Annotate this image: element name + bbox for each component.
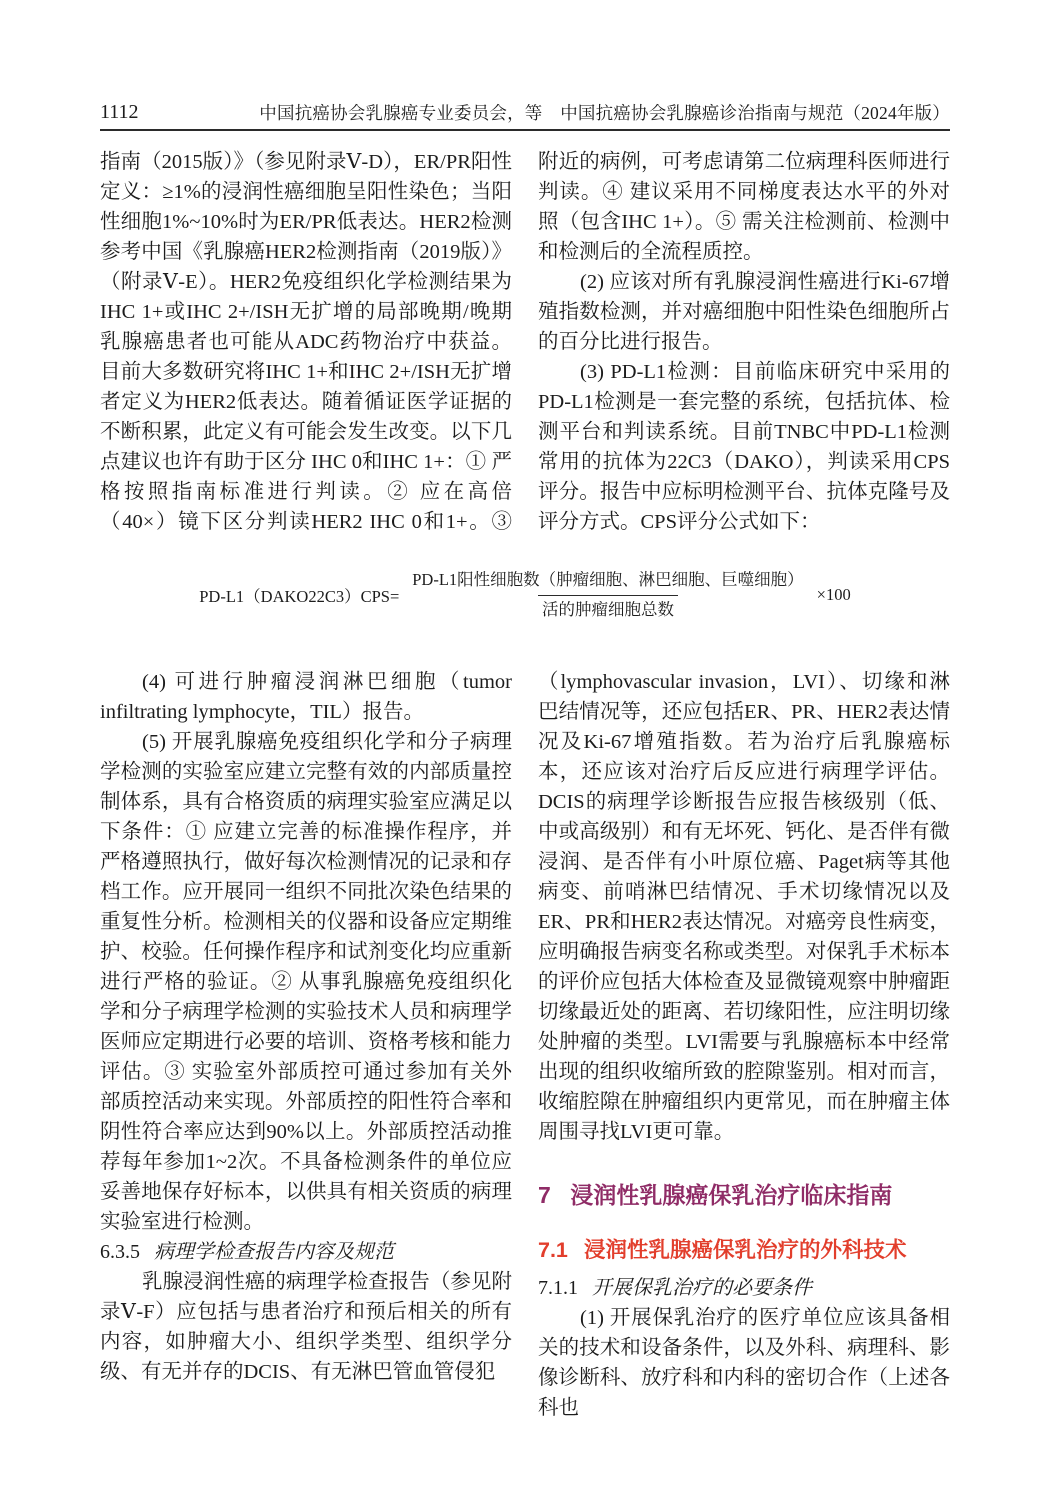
section-heading-7-1: 7.1浸润性乳腺癌保乳治疗的外科技术 (538, 1237, 950, 1264)
body-top-section: 指南（2015版）》（参见附录Ⅴ-D），ER/PR阳性定义：≥1%的浸润性癌细胞… (100, 147, 950, 539)
paragraph: （lymphovascular invasion，LVI）、切缘和淋巴结情况等，… (538, 667, 950, 1147)
paragraph: 附近的病例，可考虑请第二位病理科医师进行判读。④ 建议采用不同梯度表达水平的外对… (538, 147, 950, 267)
formula-factor: ×100 (817, 585, 851, 605)
section-heading-6-3-5: 6.3.5病理学检查报告内容及规范 (100, 1237, 512, 1267)
paragraph: (4) 可进行肿瘤浸润淋巴细胞（tumor infiltrating lymph… (100, 667, 512, 727)
page-number: 1112 (100, 102, 139, 122)
section-title: 开展保乳治疗的必要条件 (592, 1277, 812, 1299)
formula-lhs: PD-L1（DAKO22C3）CPS= (199, 583, 399, 607)
paragraph: (5) 开展乳腺癌免疫组织化学和分子病理学检测的实验室应建立完整有效的内部质量控… (100, 727, 512, 1237)
body-bottom-section: (4) 可进行肿瘤浸润淋巴细胞（tumor infiltrating lymph… (100, 667, 950, 1423)
document-page: 1112 中国抗癌协会乳腺癌专业委员会，等 中国抗癌协会乳腺癌诊治指南与规范（2… (0, 0, 1050, 1485)
paragraph: (3) PD-L1检测：目前临床研究中采用的PD-L1检测是一套完整的系统，包括… (538, 357, 950, 537)
page-header: 1112 中国抗癌协会乳腺癌专业委员会，等 中国抗癌协会乳腺癌诊治指南与规范（2… (100, 102, 950, 131)
section-number: 7.1 (538, 1238, 568, 1262)
paragraph: 指南（2015版）》（参见附录Ⅴ-D），ER/PR阳性定义：≥1%的浸润性癌细胞… (100, 147, 512, 539)
paragraph: (2) 应该对所有乳腺浸润性癌进行Ki-67增殖指数检测，并对癌细胞中阳性染色细… (538, 267, 950, 357)
formula-numerator: PD-L1阳性细胞数（肿瘤细胞、淋巴细胞、巨噬细胞） (408, 569, 807, 594)
running-head: 中国抗癌协会乳腺癌专业委员会，等 中国抗癌协会乳腺癌诊治指南与规范（2024年版… (259, 105, 950, 123)
right-column-bottom: （lymphovascular invasion，LVI）、切缘和淋巴结情况等，… (538, 667, 950, 1423)
section-title: 浸润性乳腺癌保乳治疗的外科技术 (584, 1238, 907, 1262)
section-number: 7.1.1 (538, 1277, 578, 1299)
left-column-top: 指南（2015版）》（参见附录Ⅴ-D），ER/PR阳性定义：≥1%的浸润性癌细胞… (100, 147, 512, 539)
section-number: 6.3.5 (100, 1241, 140, 1263)
right-column-top: 附近的病例，可考虑请第二位病理科医师进行判读。④ 建议采用不同梯度表达水平的外对… (538, 147, 950, 539)
paragraph: 乳腺浸润性癌的病理学检查报告（参见附录Ⅴ-F）应包括与患者治疗和预后相关的所有内… (100, 1267, 512, 1387)
left-column-bottom: (4) 可进行肿瘤浸润淋巴细胞（tumor infiltrating lymph… (100, 667, 512, 1423)
section-heading-7-1-1: 7.1.1开展保乳治疗的必要条件 (538, 1273, 950, 1303)
cps-formula: PD-L1（DAKO22C3）CPS= PD-L1阳性细胞数（肿瘤细胞、淋巴细胞… (100, 539, 950, 651)
chapter-number: 7 (538, 1182, 551, 1208)
formula-fraction: PD-L1阳性细胞数（肿瘤细胞、淋巴细胞、巨噬细胞） 活的肿瘤细胞总数 (408, 569, 807, 621)
formula-denominator: 活的肿瘤细胞总数 (538, 595, 678, 621)
paragraph: (1) 开展保乳治疗的医疗单位应该具备相关的技术和设备条件，以及外科、病理科、影… (538, 1303, 950, 1423)
chapter-heading-7: 7浸润性乳腺癌保乳治疗临床指南 (538, 1181, 950, 1210)
section-title: 病理学检查报告内容及规范 (154, 1241, 394, 1263)
chapter-title: 浸润性乳腺癌保乳治疗临床指南 (570, 1182, 892, 1208)
